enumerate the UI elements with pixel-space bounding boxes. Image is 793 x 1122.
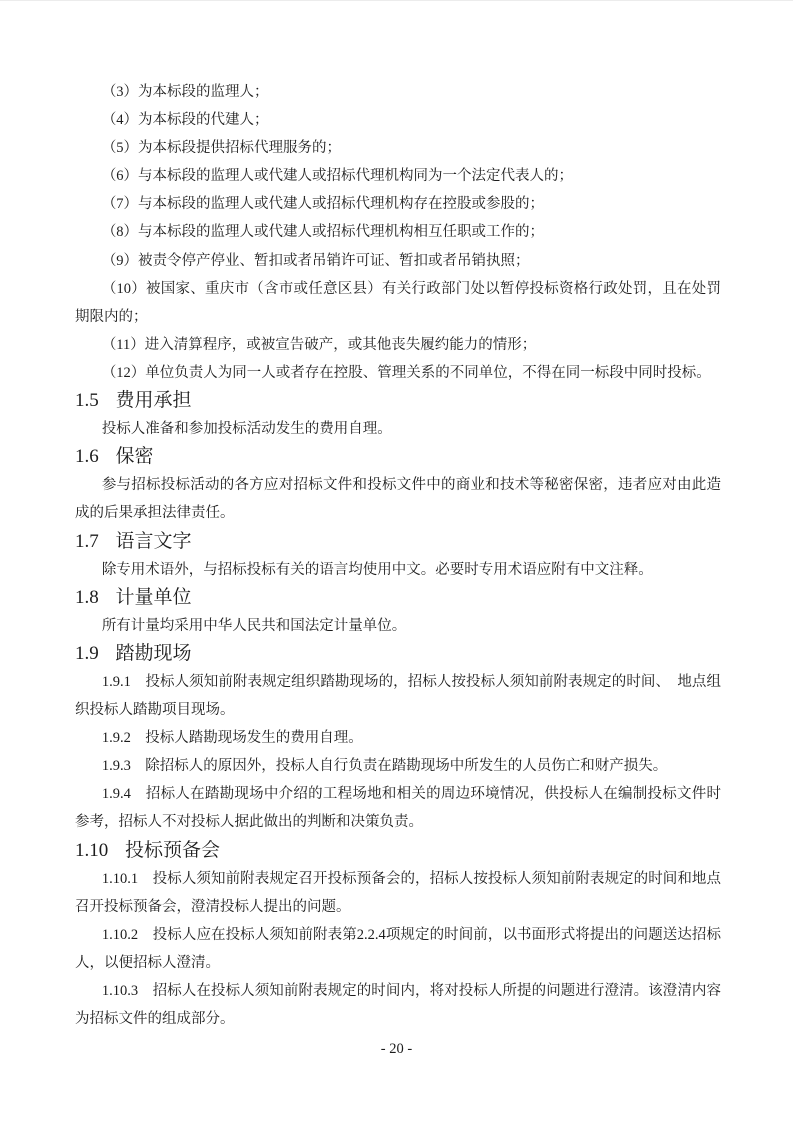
section-number: 1.5 xyxy=(75,390,99,411)
section-title: 计量单位 xyxy=(116,587,192,608)
section-number: 1.9 xyxy=(75,643,99,664)
section-title: 语言文字 xyxy=(116,531,192,552)
list-item: （7）与本标段的监理人或代建人或招标代理机构存在控股或参股的； xyxy=(75,190,721,218)
section-heading-1-8: 1.8 计量单位 xyxy=(75,584,721,612)
section-title: 费用承担 xyxy=(116,390,192,411)
section-title: 保密 xyxy=(116,446,154,467)
paragraph: 除专用术语外，与招标投标有关的语言均使用中文。必要时专用术语应附有中文注释。 xyxy=(75,556,721,584)
section-number: 1.7 xyxy=(75,531,99,552)
page-number: - 20 - xyxy=(0,1039,793,1059)
paragraph: 1.9.2 投标人踏勘现场发生的费用自理。 xyxy=(75,724,721,752)
section-number: 1.10 xyxy=(75,840,108,861)
section-heading-1-7: 1.7 语言文字 xyxy=(75,528,721,556)
section-heading-1-10: 1.10 投标预备会 xyxy=(75,837,721,865)
paragraph: 参与招标投标活动的各方应对招标文件和投标文件中的商业和技术等秘密保密，违者应对由… xyxy=(75,471,721,527)
paragraph: 1.9.4 招标人在踏勘现场中介绍的工程场地和相关的周边环境情况，供投标人在编制… xyxy=(75,780,721,836)
document-page: （3）为本标段的监理人； （4）为本标段的代建人； （5）为本标段提供招标代理服… xyxy=(0,0,793,1122)
section-heading-1-9: 1.9 踏勘现场 xyxy=(75,640,721,668)
paragraph: 1.10.1 投标人须知前附表规定召开投标预备会的，招标人按投标人须知前附表规定… xyxy=(75,865,721,921)
paragraph: 1.10.3 招标人在投标人须知前附表规定的时间内，将对投标人所提的问题进行澄清… xyxy=(75,977,721,1033)
section-title: 踏勘现场 xyxy=(116,643,192,664)
section-heading-1-6: 1.6 保密 xyxy=(75,443,721,471)
list-item: （3）为本标段的监理人； xyxy=(75,78,721,106)
paragraph: 1.9.3 除招标人的原因外，投标人自行负责在踏勘现场中所发生的人员伤亡和财产损… xyxy=(75,752,721,780)
paragraph: 1.9.1 投标人须知前附表规定组织踏勘现场的，招标人按投标人须知前附表规定的时… xyxy=(75,668,721,724)
section-number: 1.8 xyxy=(75,587,99,608)
list-item: （8）与本标段的监理人或代建人或招标代理机构相互任职或工作的； xyxy=(75,218,721,246)
list-item: （4）为本标段的代建人； xyxy=(75,106,721,134)
list-item: （12）单位负责人为同一人或者存在控股、管理关系的不同单位，不得在同一标段中同时… xyxy=(75,359,721,387)
paragraph: 投标人准备和参加投标活动发生的费用自理。 xyxy=(75,415,721,443)
list-item: （5）为本标段提供招标代理服务的； xyxy=(75,134,721,162)
list-item: （9）被责令停产停业、暂扣或者吊销许可证、暂扣或者吊销执照； xyxy=(75,247,721,275)
list-item: （10）被国家、重庆市（含市或任意区县）有关行政部门处以暂停投标资格行政处罚，且… xyxy=(75,275,721,331)
section-title: 投标预备会 xyxy=(125,840,220,861)
paragraph: 1.10.2 投标人应在投标人须知前附表第2.2.4项规定的时间前，以书面形式将… xyxy=(75,921,721,977)
paragraph: 所有计量均采用中华人民共和国法定计量单位。 xyxy=(75,612,721,640)
section-heading-1-5: 1.5 费用承担 xyxy=(75,387,721,415)
list-item: （11）进入清算程序，或被宣告破产，或其他丧失履约能力的情形； xyxy=(75,331,721,359)
section-number: 1.6 xyxy=(75,446,99,467)
list-item: （6）与本标段的监理人或代建人或招标代理机构同为一个法定代表人的； xyxy=(75,162,721,190)
document-body: （3）为本标段的监理人； （4）为本标段的代建人； （5）为本标段提供招标代理服… xyxy=(75,78,721,1033)
